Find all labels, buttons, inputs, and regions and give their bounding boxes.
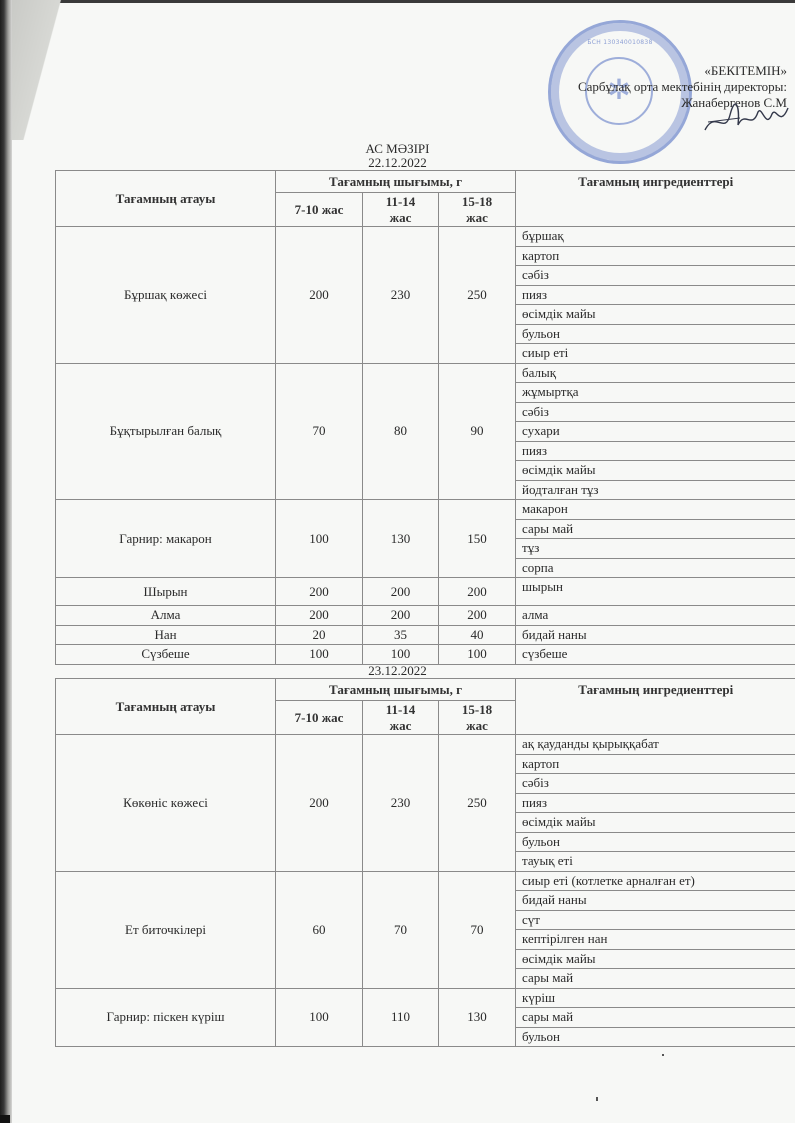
header-age-11-14: 11-14жас xyxy=(363,701,439,735)
dish-name: Шырын xyxy=(56,578,276,606)
ingredient-item: макарон xyxy=(516,500,795,520)
ingredient-item: өсімдік майы xyxy=(516,949,795,969)
scan-border-top xyxy=(0,0,795,3)
ingredient-item: сары май xyxy=(516,1008,795,1028)
header-age-11-14: 11-14жас xyxy=(363,193,439,227)
ingredient-item: өсімдік майы xyxy=(516,305,795,325)
scan-speck xyxy=(662,1054,664,1056)
header-age-15-18: 15-18жас xyxy=(439,701,516,735)
ingredient-item: сәбіз xyxy=(516,266,795,286)
ingredient-item: өсімдік майы xyxy=(516,813,795,833)
scan-page-fold xyxy=(12,0,82,140)
yield-value-2: 70 xyxy=(363,871,439,988)
yield-value-1: 200 xyxy=(276,735,363,872)
ingredient-item: шырын xyxy=(516,578,795,606)
ingredient-item: тұз xyxy=(516,539,795,559)
ingredient-item: бульон xyxy=(516,832,795,852)
ingredient-item: кептірілген нан xyxy=(516,930,795,950)
yield-value-2: 230 xyxy=(363,227,439,364)
dish-name: Алма xyxy=(56,606,276,626)
yield-value-1: 200 xyxy=(276,606,363,626)
yield-value-2: 130 xyxy=(363,500,439,578)
header-yield: Тағамның шығымы, г xyxy=(276,171,516,193)
yield-value-3: 130 xyxy=(439,988,516,1047)
table-row: Көкөніс көжесі200230250ақ қауданды қырық… xyxy=(56,735,795,755)
yield-value-2: 100 xyxy=(363,645,439,665)
ingredient-item: сәбіз xyxy=(516,402,795,422)
ingredient-item: сары май xyxy=(516,969,795,989)
ingredient-item: сиыр еті (котлетке арналған ет) xyxy=(516,871,795,891)
ingredient-item: ақ қауданды қырыққабат xyxy=(516,735,795,755)
header-ingredients: Тағамның ингредиенттері xyxy=(516,171,795,227)
menu-table-1: Тағамның атауыТағамның шығымы, гТағамның… xyxy=(55,170,795,665)
ingredient-item: картоп xyxy=(516,246,795,266)
yield-value-2: 200 xyxy=(363,578,439,606)
ingredient-item: балық xyxy=(516,363,795,383)
yield-value-2: 80 xyxy=(363,363,439,500)
dish-name: Гарнир: макарон xyxy=(56,500,276,578)
yield-value-3: 90 xyxy=(439,363,516,500)
ingredient-item: бидай наны xyxy=(516,891,795,911)
yield-value-3: 250 xyxy=(439,227,516,364)
ingredient-item: пияз xyxy=(516,441,795,461)
yield-value-3: 40 xyxy=(439,625,516,645)
table-row: Ет биточкілері607070сиыр еті (котлетке а… xyxy=(56,871,795,891)
ingredient-item: сүт xyxy=(516,910,795,930)
dish-name: Гарнир: піскен күріш xyxy=(56,988,276,1047)
menu-date-2: 23.12.2022 xyxy=(0,663,795,678)
yield-value-3: 250 xyxy=(439,735,516,872)
ingredient-item: йодталған тұз xyxy=(516,480,795,500)
dish-name: Көкөніс көжесі xyxy=(56,735,276,872)
table-row: Бұқтырылған балық708090балық xyxy=(56,363,795,383)
yield-value-3: 70 xyxy=(439,871,516,988)
scan-corner xyxy=(0,1115,10,1123)
ingredient-item: сары май xyxy=(516,519,795,539)
stamp-bin: БСН 130340010838 xyxy=(559,39,681,46)
header-yield: Тағамның шығымы, г xyxy=(276,679,516,701)
yield-value-3: 200 xyxy=(439,578,516,606)
ingredient-item: тауық еті xyxy=(516,852,795,872)
table-row: Гарнир: піскен күріш100110130күріш xyxy=(56,988,795,1008)
table-row: Алма200200200алма xyxy=(56,606,795,626)
ingredient-item: сорпа xyxy=(516,558,795,578)
yield-value-1: 200 xyxy=(276,578,363,606)
table-row: Бұршақ көжесі200230250бұршақ xyxy=(56,227,795,247)
header-age-7-10: 7-10 жас xyxy=(276,193,363,227)
ingredient-item: бұршақ xyxy=(516,227,795,247)
ingredient-item: сүзбеше xyxy=(516,645,795,665)
yield-value-2: 230 xyxy=(363,735,439,872)
table-row: Гарнир: макарон100130150макарон xyxy=(56,500,795,520)
ingredient-item: пияз xyxy=(516,793,795,813)
menu-table-2: Тағамның атауыТағамның шығымы, гТағамның… xyxy=(55,678,795,1047)
ingredient-item: күріш xyxy=(516,988,795,1008)
table-row: Шырын200200200шырын xyxy=(56,578,795,606)
yield-value-1: 100 xyxy=(276,500,363,578)
dish-name: Бұршақ көжесі xyxy=(56,227,276,364)
ingredient-item: сиыр еті xyxy=(516,344,795,364)
approval-position: Сарбұлақ орта мектебінің директоры: xyxy=(578,79,787,95)
signature-icon xyxy=(700,100,790,140)
table-row: Сүзбеше100100100сүзбеше xyxy=(56,645,795,665)
yield-value-3: 100 xyxy=(439,645,516,665)
ingredient-item: алма xyxy=(516,606,795,626)
yield-value-3: 150 xyxy=(439,500,516,578)
yield-value-2: 110 xyxy=(363,988,439,1047)
dish-name: Нан xyxy=(56,625,276,645)
document-title: АС МӘЗІРІ xyxy=(0,141,795,156)
yield-value-1: 100 xyxy=(276,988,363,1047)
dish-name: Ет биточкілері xyxy=(56,871,276,988)
dish-name: Сүзбеше xyxy=(56,645,276,665)
table-row: Нан203540бидай наны xyxy=(56,625,795,645)
yield-value-2: 200 xyxy=(363,606,439,626)
yield-value-1: 60 xyxy=(276,871,363,988)
ingredient-item: сухари xyxy=(516,422,795,442)
dish-name: Бұқтырылған балық xyxy=(56,363,276,500)
ingredient-item: жұмыртқа xyxy=(516,383,795,403)
yield-value-1: 70 xyxy=(276,363,363,500)
yield-value-2: 35 xyxy=(363,625,439,645)
yield-value-3: 200 xyxy=(439,606,516,626)
ingredient-item: пияз xyxy=(516,285,795,305)
scan-speck xyxy=(596,1097,598,1101)
ingredient-item: сәбіз xyxy=(516,774,795,794)
yield-value-1: 100 xyxy=(276,645,363,665)
ingredient-item: бидай наны xyxy=(516,625,795,645)
yield-value-1: 200 xyxy=(276,227,363,364)
header-age-7-10: 7-10 жас xyxy=(276,701,363,735)
header-dish-name: Тағамның атауы xyxy=(56,679,276,735)
header-age-15-18: 15-18жас xyxy=(439,193,516,227)
yield-value-1: 20 xyxy=(276,625,363,645)
ingredient-item: бульон xyxy=(516,324,795,344)
ingredient-item: бульон xyxy=(516,1027,795,1047)
ingredient-item: картоп xyxy=(516,754,795,774)
header-dish-name: Тағамның атауы xyxy=(56,171,276,227)
approval-heading: «БЕКІТЕМІН» xyxy=(578,63,787,79)
menu-date-1: 22.12.2022 xyxy=(0,155,795,170)
ingredient-item: өсімдік майы xyxy=(516,461,795,481)
header-ingredients: Тағамның ингредиенттері xyxy=(516,679,795,735)
